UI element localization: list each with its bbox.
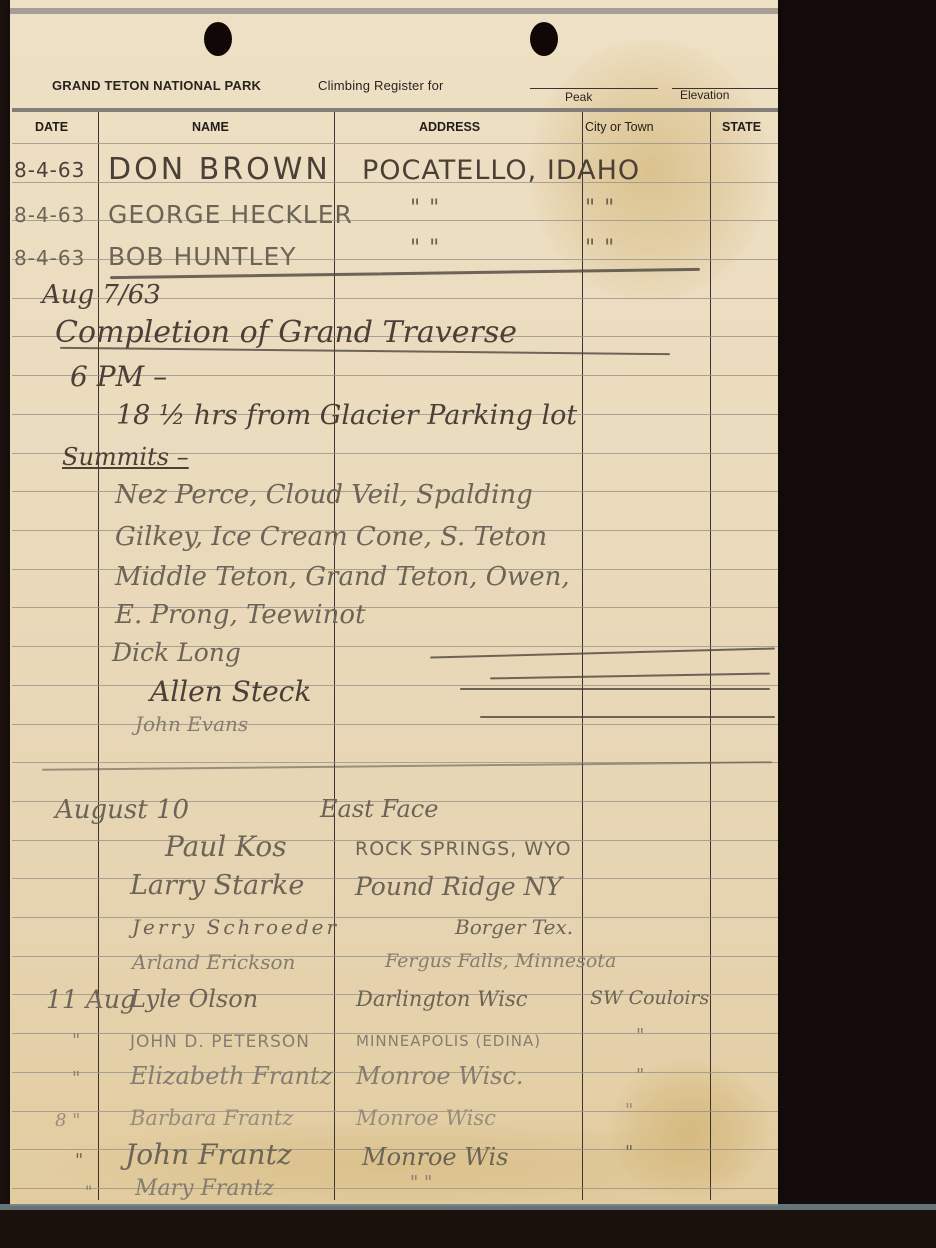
traverse-title: Completion of Grand Traverse — [55, 315, 517, 350]
summits-line: Gilkey, Ice Cream Cone, S. Teton — [115, 522, 547, 552]
entry-date: 8 " — [55, 1110, 80, 1131]
punch-hole-icon — [204, 22, 232, 56]
summits-line: E. Prong, Teewinot — [115, 600, 366, 630]
scribble-stroke — [480, 716, 775, 718]
climber-signature: John Evans — [135, 712, 248, 736]
entry-city: " — [625, 1100, 633, 1121]
climber-name: Larry Starke — [130, 870, 304, 901]
entry-date: 8-4-63 — [14, 246, 85, 270]
climber-signature: Allen Steck — [150, 675, 311, 708]
summits-line: Middle Teton, Grand Teton, Owen, — [115, 562, 570, 592]
column-header-address: ADDRESS — [419, 120, 480, 134]
entry-date: " — [72, 1068, 80, 1089]
ruled-line — [12, 685, 778, 686]
entry-address: " " — [410, 1172, 432, 1193]
climber-signature: Dick Long — [112, 638, 241, 667]
ruled-line — [12, 917, 778, 918]
entry-address: Monroe Wisc. — [356, 1062, 524, 1090]
background-bottom — [0, 1210, 936, 1248]
entry-city: " " — [585, 196, 615, 221]
peak-blank-line — [530, 88, 658, 89]
column-divider — [710, 112, 711, 1200]
entry-name: JOHN D. PETERSON — [130, 1032, 310, 1052]
traverse-date: Aug 7/63 — [42, 280, 161, 310]
ruled-line — [12, 143, 778, 144]
entry-name: Mary Frantz — [135, 1176, 274, 1201]
east-face-date: August 10 — [55, 795, 189, 825]
entry-name: GEORGE HECKLER — [108, 200, 353, 229]
punch-hole-icon — [530, 22, 558, 56]
entry-date: " — [72, 1030, 80, 1051]
entry-date: 11 Aug — [46, 985, 136, 1014]
entry-city: " — [625, 1142, 633, 1163]
ruled-line — [12, 1188, 778, 1189]
entry-city: " — [636, 1065, 644, 1086]
entry-address: POCATELLO, IDAHO — [362, 155, 640, 186]
traverse-duration: 18 ½ hrs from Glacier Parking lot — [116, 400, 577, 431]
traverse-time: 6 PM – — [70, 360, 167, 393]
climber-address: Borger Tex. — [455, 915, 573, 939]
climber-address: ROCK SPRINGS, WYO — [355, 838, 572, 860]
climber-name: Jerry Schroeder — [132, 915, 339, 939]
climber-name: Paul Kos — [165, 830, 287, 863]
elevation-label: Elevation — [680, 88, 729, 102]
top-binding-band — [10, 8, 778, 14]
header-rule — [12, 108, 778, 112]
entry-city: " " — [585, 236, 615, 261]
entry-date: " — [85, 1182, 92, 1201]
entry-name: DON BROWN — [108, 152, 331, 187]
entry-name: Barbara Frantz — [130, 1106, 293, 1130]
column-header-state: STATE — [722, 120, 761, 134]
entry-name: John Frantz — [125, 1138, 292, 1171]
ruled-line — [12, 724, 778, 725]
climber-name: Arland Erickson — [132, 950, 295, 974]
entry-date: 8-4-63 — [14, 203, 85, 227]
column-header-name: NAME — [192, 120, 229, 134]
entry-address: " " — [410, 236, 440, 261]
entry-address: Monroe Wis — [362, 1143, 508, 1171]
entry-address: " " — [410, 196, 440, 221]
entry-date: 8-4-63 — [14, 158, 85, 182]
east-face-route: East Face — [320, 795, 438, 823]
entry-address: MINNEAPOLIS (EDINA) — [356, 1032, 541, 1050]
scribble-stroke — [460, 688, 770, 690]
entry-name: Lyle Olson — [130, 985, 258, 1013]
entry-city: SW Couloirs — [590, 987, 709, 1009]
column-divider — [98, 112, 99, 1200]
climber-address: Fergus Falls, Minnesota — [385, 950, 616, 972]
column-header-date: DATE — [35, 120, 68, 134]
peak-label: Peak — [565, 90, 592, 104]
form-header: GRAND TETON NATIONAL PARK Climbing Regis… — [52, 78, 261, 93]
summits-label: Summits – — [62, 443, 189, 471]
entry-date: " — [75, 1150, 83, 1171]
entry-address: Monroe Wisc — [356, 1106, 496, 1130]
column-header-city: City or Town — [585, 120, 654, 134]
entry-address: Darlington Wisc — [356, 987, 528, 1011]
entry-city: " — [636, 1025, 644, 1046]
summits-line: Nez Perce, Cloud Veil, Spalding — [115, 480, 533, 510]
park-name: GRAND TETON NATIONAL PARK — [52, 78, 261, 93]
climber-address: Pound Ridge NY — [355, 872, 562, 901]
column-divider — [582, 112, 583, 1200]
register-for-label: Climbing Register for — [318, 78, 444, 93]
entry-name: Elizabeth Frantz — [130, 1062, 332, 1090]
entry-name: BOB HUNTLEY — [108, 242, 297, 271]
